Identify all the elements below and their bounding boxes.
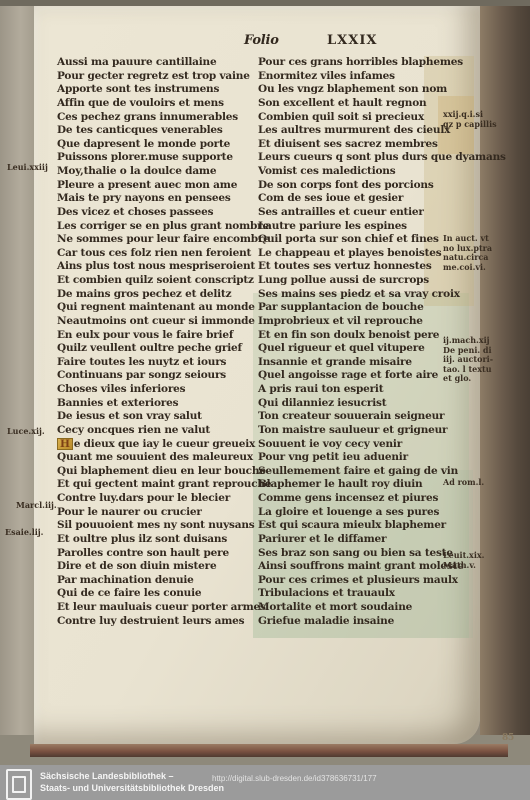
verse-line: Et diuisent ses sacrez membres: [258, 138, 472, 152]
verse-line: Choses viles inferiores: [57, 383, 257, 397]
verse-line: Ses mains ses piedz et sa vray croix: [258, 288, 472, 302]
library-footer-bar: Sächsische Landesbibliothek – Staats- un…: [0, 765, 530, 800]
verse-line: En eulx pour vous le faire brief: [57, 329, 257, 343]
verse-line: Bannies et exteriores: [57, 397, 257, 411]
verse-line: Ainsi souffrons maint grant moleste: [258, 560, 472, 574]
verse-line: Ces pechez grans innumerables: [57, 111, 257, 125]
verse-line: Et qui gectent maint grant reprouche: [57, 478, 257, 492]
verse-line: Et oultre plus ilz sont duisans: [57, 533, 257, 547]
margin-note: Esaie.lij.: [5, 528, 43, 538]
verse-line: Vomist ces maledictions: [258, 165, 472, 179]
verse-line: Mais te pry nayons en pensees: [57, 192, 257, 206]
verse-line: Aussi ma pauure cantillaine: [57, 56, 257, 70]
slub-logo-icon: [6, 769, 32, 800]
verse-line: Son excellent et hault regnon: [258, 97, 472, 111]
verse-line: Ne sommes pour leur faire encombre: [57, 233, 257, 247]
verse-line: Et leur mauluais cueur porter armes: [57, 601, 257, 615]
verse-line: Insannie et grande misaire: [258, 356, 472, 370]
verse-line: Car tous ces folz rien nen feroient: [57, 247, 257, 261]
margin-note-line: Math.v.: [443, 561, 484, 571]
margin-note-line: me.coi.vi.: [443, 263, 492, 273]
verse-line: Quil porta sur son chief et fines: [258, 233, 472, 247]
margin-note-line: Marcl.iij.: [16, 501, 57, 511]
verse-line: Faire toutes les nuytz et iours: [57, 356, 257, 370]
verse-line: Pour le naurer ou crucier: [57, 506, 257, 520]
folio-label: Folio: [244, 33, 279, 48]
verse-line: Mortalite et mort soudaine: [258, 601, 472, 615]
verse-line: Quel angoisse rage et forte aire: [258, 369, 472, 383]
margin-note-line: Esaie.lij.: [5, 528, 43, 538]
verse-line: Et toutes ses vertuz honnestes: [258, 260, 472, 274]
verse-line: Comme gens incensez et piures: [258, 492, 472, 506]
verse-line: De son corps font des porcions: [258, 179, 472, 193]
verse-line: A pris raui ton esperit: [258, 383, 472, 397]
verse-line: Pour ces grans horribles blaphemes: [258, 56, 472, 70]
verse-line: Qui blaphement dieu en leur bouche: [57, 465, 257, 479]
verse-line: La gloire et louenge a ses pures: [258, 506, 472, 520]
margin-note: Marcl.iij.: [16, 501, 57, 511]
margin-note-line: qz p capillis: [443, 120, 497, 130]
illuminated-initial: H: [57, 438, 73, 450]
verse-line: Leurs cueurs q sont plus durs que dyaman…: [258, 151, 472, 165]
verse-line: Ses antrailles et cueur entier: [258, 206, 472, 220]
verse-line: Quilz veullent oultre peche grief: [57, 342, 257, 356]
verse-line: Qui de ce faire les conuie: [57, 587, 257, 601]
right-text-column: Pour ces grans horribles blaphemesEnormi…: [258, 56, 472, 628]
verse-line: Et combien quilz soient conscriptz: [57, 274, 257, 288]
verse-line: Parolles contre son hault pere: [57, 547, 257, 561]
verse-line: Tribulacions et trauaulx: [258, 587, 472, 601]
verse-line: Les corriger se en plus grant nombre: [57, 220, 257, 234]
verse-line: Que dapresent le monde porte: [57, 138, 257, 152]
verse-line: Lautre pariure les espines: [258, 220, 472, 234]
verse-line: Et en fin son doulx benoist pere: [258, 329, 472, 343]
margin-note: Luce.xij.: [7, 427, 45, 437]
verse-line: Puissons plorer.muse supporte: [57, 151, 257, 165]
page-header: Folio LXXIX: [0, 33, 530, 49]
margin-note-line: et glo.: [443, 374, 493, 384]
verse-line: Sil pouuoient mes ny sont nuysans: [57, 519, 257, 533]
verse-line: De iesus et son vray salut: [57, 410, 257, 424]
margin-note: Leuit.xix.Math.v.: [443, 551, 484, 570]
verse-line: Pariurer et le diffamer: [258, 533, 472, 547]
verse-line: Ses braz son sang ou bien sa teste: [258, 547, 472, 561]
verse-line: Les aultres murmurent des cieulx: [258, 124, 472, 138]
verse-line: De tes canticques venerables: [57, 124, 257, 138]
verse-line: Affin que de vouloirs et mens: [57, 97, 257, 111]
verse-line: Pleure a present auec mon ame: [57, 179, 257, 193]
verse-line: Contre luy destruient leurs ames: [57, 615, 257, 629]
margin-note-line: Luce.xij.: [7, 427, 45, 437]
verse-line: Combien quil soit si precieux: [258, 111, 472, 125]
verse-line: Improbrieux et vil reprouche: [258, 315, 472, 329]
verse-line: Dire et de son diuin mistere: [57, 560, 257, 574]
verse-line: Enormitez viles infames: [258, 70, 472, 84]
verse-line: Continuans par songz seiours: [57, 369, 257, 383]
verse-line: Lung pollue aussi de surcrops: [258, 274, 472, 288]
verse-line: Com de ses ioue et gesier: [258, 192, 472, 206]
institution-name: Sächsische Landesbibliothek – Staats- un…: [40, 770, 224, 794]
verse-line: He dieux que iay le cueur greueix: [57, 438, 257, 452]
verse-line: Par supplantacion de bouche: [258, 301, 472, 315]
verse-line: Quel rigueur et quel vitupere: [258, 342, 472, 356]
verse-line: Le chappeau et playes benoistes: [258, 247, 472, 261]
margin-note: ij.mach.xijDe peni. diiij. auctori-tao. …: [443, 336, 493, 384]
folio-number: LXXIX: [327, 33, 377, 48]
margin-note: Ad rom.l.: [443, 478, 484, 488]
verse-line: Contre luy.dars pour le blecier: [57, 492, 257, 506]
margin-note-line: Ad rom.l.: [443, 478, 484, 488]
verse-line: Est qui scaura mieulx blaphemer: [258, 519, 472, 533]
pencil-page-number: 85: [502, 733, 514, 743]
verse-line: Ains plus tost nous mespriseroient: [57, 260, 257, 274]
verse-line: Ou les vngz blaphement son nom: [258, 83, 472, 97]
verse-line: De mains gros pechez et delitz: [57, 288, 257, 302]
photo-left-margin: [0, 0, 34, 765]
verse-line: Seullemement faire et gaing de vin: [258, 465, 472, 479]
verse-line: Blaphemer le hault roy diuin: [258, 478, 472, 492]
verse-line: Pour gecter regretz est trop vaine: [57, 70, 257, 84]
verse-line: Pour ces crimes et plusieurs maulx: [258, 574, 472, 588]
institution-line2: Staats- und Universitätsbibliothek Dresd…: [40, 782, 224, 794]
verse-line: Souuent ie voy cecy venir: [258, 438, 472, 452]
verse-line: Cecy oncques rien ne valut: [57, 424, 257, 438]
book-fore-edge: [30, 744, 508, 757]
verse-line: Ton maistre saulueur et grigneur: [258, 424, 472, 438]
institution-line1: Sächsische Landesbibliothek –: [40, 770, 224, 782]
verse-line: Apporte sont tes instrumens: [57, 83, 257, 97]
verse-line: Par machination denuie: [57, 574, 257, 588]
verse-line: Neautmoins ont cueur si immonde: [57, 315, 257, 329]
margin-note: In auct. vtno lux.ptranatu.circame.coi.v…: [443, 234, 492, 272]
margin-note: Leui.xxiij: [7, 163, 48, 173]
verse-line: Griefue maladie insaine: [258, 615, 472, 629]
margin-note-line: Leui.xxiij: [7, 163, 48, 173]
verse-line: Moy,thalie o la doulce dame: [57, 165, 257, 179]
verse-line: Qui dilanniez iesucrist: [258, 397, 472, 411]
verse-line: Des vicez et choses passees: [57, 206, 257, 220]
verse-line: Quant me souuient des maleureux: [57, 451, 257, 465]
scanned-book-photo: Folio LXXIX Aussi ma pauure cantillaineP…: [0, 0, 530, 800]
verse-line: Qui regnent maintenant au monde: [57, 301, 257, 315]
verse-line: Ton createur souuerain seigneur: [258, 410, 472, 424]
verse-line: Pour vng petit ieu aduenir: [258, 451, 472, 465]
left-text-column: Aussi ma pauure cantillainePour gecter r…: [57, 56, 257, 628]
digital-collection-url[interactable]: http://digital.slub-dresden.de/id3786367…: [212, 774, 377, 783]
margin-note: xxij.q.i.siqz p capillis: [443, 110, 497, 129]
